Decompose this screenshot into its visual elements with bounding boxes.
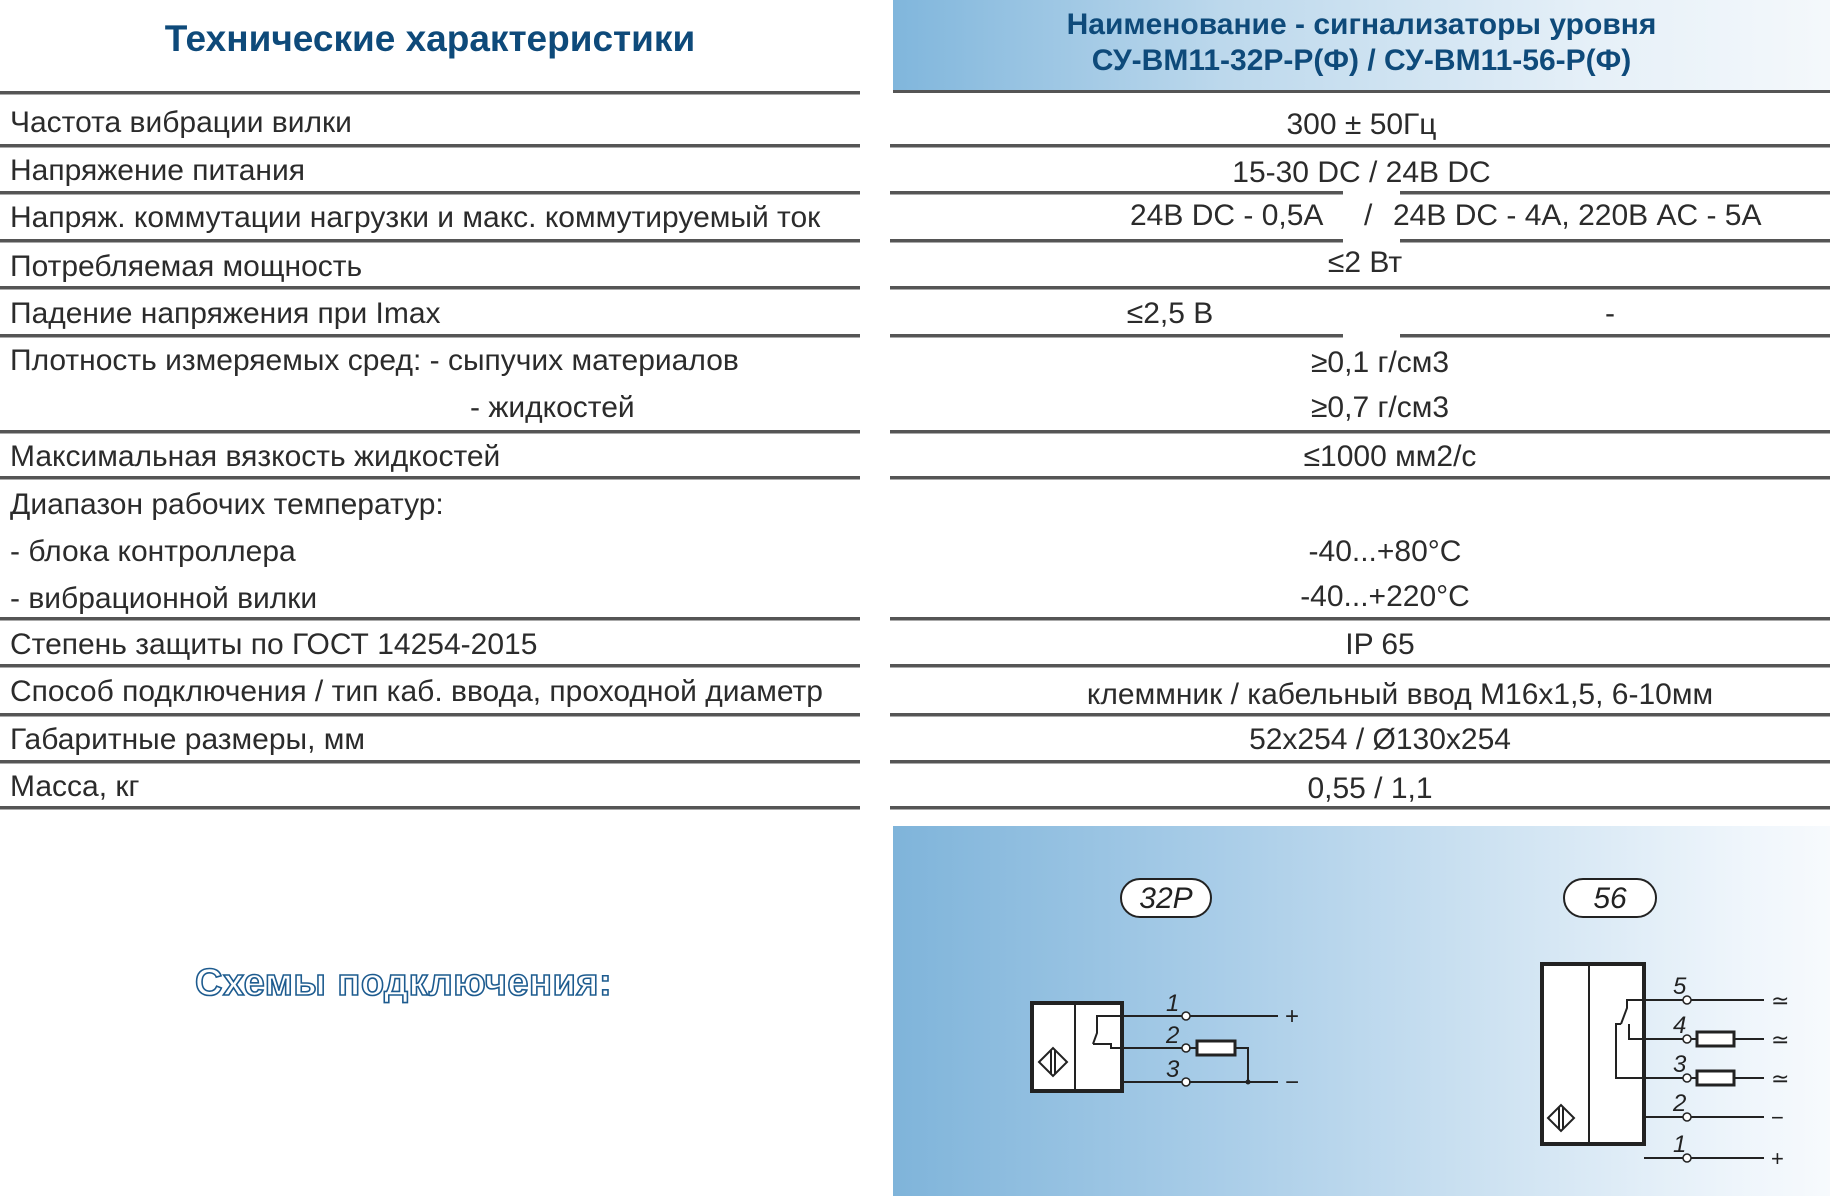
load-resistor-icon	[1697, 1032, 1734, 1046]
pin-number: 5	[1673, 973, 1687, 1000]
row-divider	[890, 664, 1830, 667]
spec-value-connection: клеммник / кабельный ввод М16х1,5, 6-10м…	[1040, 678, 1760, 712]
spec-value-switching-load-56: 24В DC - 4А, 220В AC - 5А	[1393, 199, 1762, 233]
schemes-title: Схемы подключения:	[195, 962, 612, 1005]
badge-56-label: 56	[1593, 882, 1627, 915]
pin-number: 4	[1673, 1012, 1686, 1039]
header-divider-left	[0, 91, 860, 94]
row-divider	[890, 806, 1830, 809]
spec-label-density-liquids: - жидкостей	[470, 391, 635, 425]
spec-label-temp-fork: - вибрационной вилки	[10, 582, 317, 616]
row-divider	[0, 334, 860, 337]
spec-label-supply-voltage: Напряжение питания	[10, 154, 305, 188]
terminal-ac: ≃	[1771, 988, 1789, 1013]
badge-32p-label: 32Р	[1139, 882, 1192, 915]
row-divider	[0, 286, 860, 289]
row-divider	[1400, 191, 1830, 194]
product-name-header: Наименование - сигнализаторы уровня СУ-В…	[893, 0, 1830, 93]
spec-value-density-liquids: ≥0,7 г/см3	[1250, 391, 1510, 425]
row-divider	[0, 476, 860, 479]
sensor-body-56	[1542, 964, 1644, 1144]
load-resistor-icon	[1697, 1071, 1734, 1085]
spec-value-power-consumption: ≤2 Вт	[1250, 246, 1480, 280]
row-divider	[890, 286, 1830, 289]
row-divider	[890, 617, 1830, 620]
terminal-ac: ≃	[1771, 1066, 1789, 1091]
row-divider	[890, 239, 1343, 242]
spec-label-switching-load: Напряж. коммутации нагрузки и макс. комм…	[10, 201, 820, 235]
spec-value-voltage-drop-56: -	[1560, 297, 1660, 331]
page-title: Технические характеристики	[0, 18, 860, 60]
terminal-minus: −	[1771, 1105, 1784, 1130]
spec-label-mass: Масса, кг	[10, 770, 139, 804]
row-divider	[0, 617, 860, 620]
spec-value-density-bulk: ≥0,1 г/см3	[1250, 346, 1510, 380]
row-divider	[0, 664, 860, 667]
spec-label-voltage-drop: Падение напряжения при Imax	[10, 297, 441, 331]
pin-number: 2	[1672, 1090, 1686, 1117]
terminal-minus: −	[1285, 1069, 1299, 1096]
spec-value-switching-load-32p: 24В DC - 0,5А	[1130, 199, 1323, 233]
row-divider	[890, 760, 1830, 763]
terminal-plus: +	[1771, 1146, 1784, 1171]
spec-label-temp-range: Диапазон рабочих температур:	[10, 488, 444, 522]
product-name-line2: СУ-ВМ11-32Р-Р(Ф) / СУ-ВМ11-56-Р(Ф)	[893, 44, 1830, 78]
spec-value-vibration-frequency: 300 ± 50Гц	[893, 108, 1830, 142]
row-divider	[1400, 239, 1830, 242]
row-divider	[0, 760, 860, 763]
row-divider	[0, 239, 860, 242]
pin-number: 3	[1673, 1051, 1687, 1078]
spec-value-switching-separator: /	[1364, 199, 1372, 233]
pin-number: 1	[1673, 1131, 1686, 1158]
spec-value-mass: 0,55 / 1,1	[1250, 772, 1490, 806]
row-divider	[890, 191, 1343, 194]
spec-label-max-viscosity: Максимальная вязкость жидкостей	[10, 440, 500, 474]
spec-value-voltage-drop-32p: ≤2,5 В	[1080, 297, 1260, 331]
row-divider	[0, 806, 860, 809]
row-divider	[890, 713, 1830, 716]
spec-label-temp-controller: - блока контроллера	[10, 535, 296, 569]
spec-value-max-viscosity: ≤1000 мм2/с	[1250, 440, 1530, 474]
row-divider	[0, 144, 860, 147]
pin-number: 2	[1165, 1022, 1179, 1049]
spec-value-temp-fork: -40...+220°C	[1250, 580, 1520, 614]
spec-label-dimensions: Габаритные размеры, мм	[10, 723, 365, 757]
row-divider	[890, 334, 1343, 337]
spec-label-density: Плотность измеряемых сред: - сыпучих мат…	[10, 344, 739, 378]
terminal-plus: +	[1285, 1003, 1299, 1030]
spec-label-vibration-frequency: Частота вибрации вилки	[10, 106, 352, 140]
spec-label-power-consumption: Потребляемая мощность	[10, 250, 362, 284]
spec-label-protection: Степень защиты по ГОСТ 14254-2015	[10, 628, 537, 662]
load-resistor-icon	[1197, 1041, 1235, 1055]
wiring-diagrams-panel: 32Р	[893, 826, 1830, 1196]
spec-value-supply-voltage: 15-30 DC / 24В DC	[893, 156, 1830, 190]
product-name-line1: Наименование - сигнализаторы уровня	[893, 8, 1830, 42]
pin-number: 1	[1166, 990, 1179, 1017]
wiring-diagram-56: 56	[1542, 879, 1789, 1171]
spec-label-connection: Способ подключения / тип каб. ввода, про…	[10, 675, 823, 709]
row-divider	[890, 144, 1830, 147]
row-divider	[0, 713, 860, 716]
spec-value-protection: IP 65	[1280, 628, 1480, 662]
spec-value-dimensions: 52х254 / Ø130х254	[1200, 723, 1560, 757]
terminal-ac: ≃	[1771, 1027, 1789, 1052]
spec-value-temp-controller: -40...+80°C	[1250, 535, 1520, 569]
wiring-diagram-32p: 32Р	[1032, 879, 1299, 1096]
row-divider	[890, 430, 1830, 433]
row-divider	[0, 430, 860, 433]
row-divider	[1400, 334, 1830, 337]
row-divider	[890, 476, 1830, 479]
pin-number: 3	[1166, 1056, 1180, 1083]
row-divider	[0, 191, 860, 194]
